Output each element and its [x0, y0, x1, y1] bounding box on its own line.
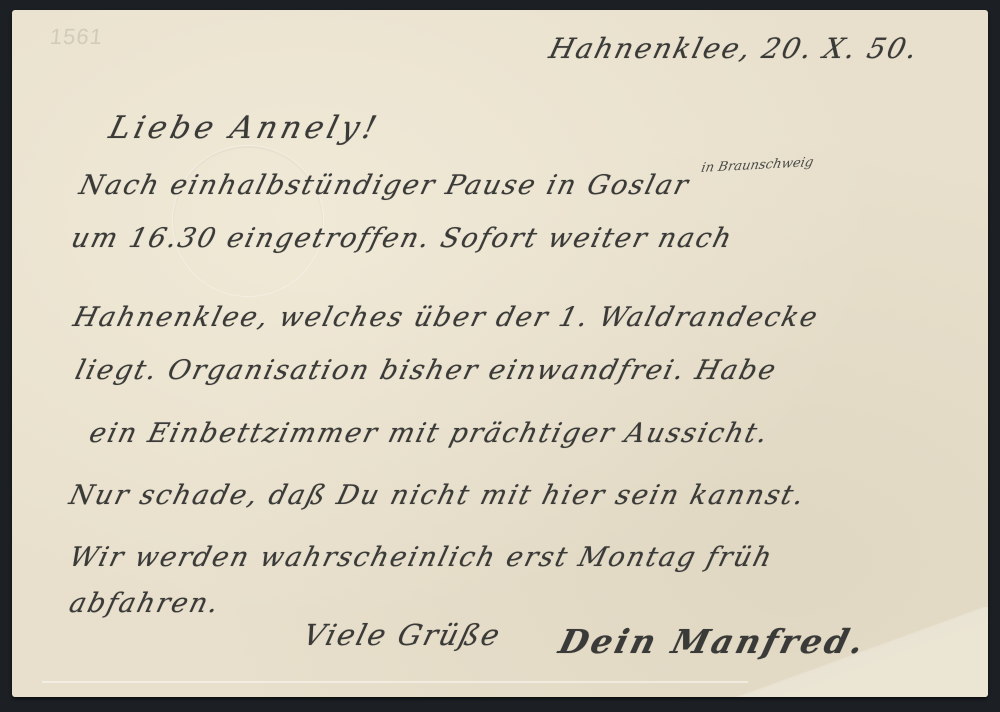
place-date-line: Hahnenklee, 20. X. 50. [546, 32, 923, 65]
salutation: Liebe Annely! [106, 110, 384, 146]
body-line: liegt. Organisation bisher einwandfrei. … [72, 355, 780, 386]
body-line: ein Einbettzimmer mit prächtiger Aussich… [86, 418, 772, 449]
torn-corner [728, 607, 988, 697]
bottom-edge-crease [42, 681, 748, 683]
archive-number: 1561 [49, 24, 105, 50]
interlinear-insertion: in Braunschweig [700, 155, 815, 176]
body-line: abfahren. [66, 588, 223, 619]
body-line: Wir werden wahrscheinlich erst Montag fr… [66, 542, 777, 573]
closing: Viele Grüße [300, 618, 505, 652]
body-line: Hahnenklee, welches über der 1. Waldrand… [70, 302, 822, 333]
postcard: 1561 Hahnenklee, 20. X. 50. Liebe Annely… [12, 10, 988, 697]
body-line: Nur schade, daß Du nicht mit hier sein k… [66, 480, 809, 511]
body-line: Nach einhalbstündiger Pause in Goslar [76, 170, 693, 201]
body-line: um 16.30 eingetroffen. Sofort weiter nac… [68, 223, 736, 254]
embossed-circle-mark [172, 145, 324, 297]
